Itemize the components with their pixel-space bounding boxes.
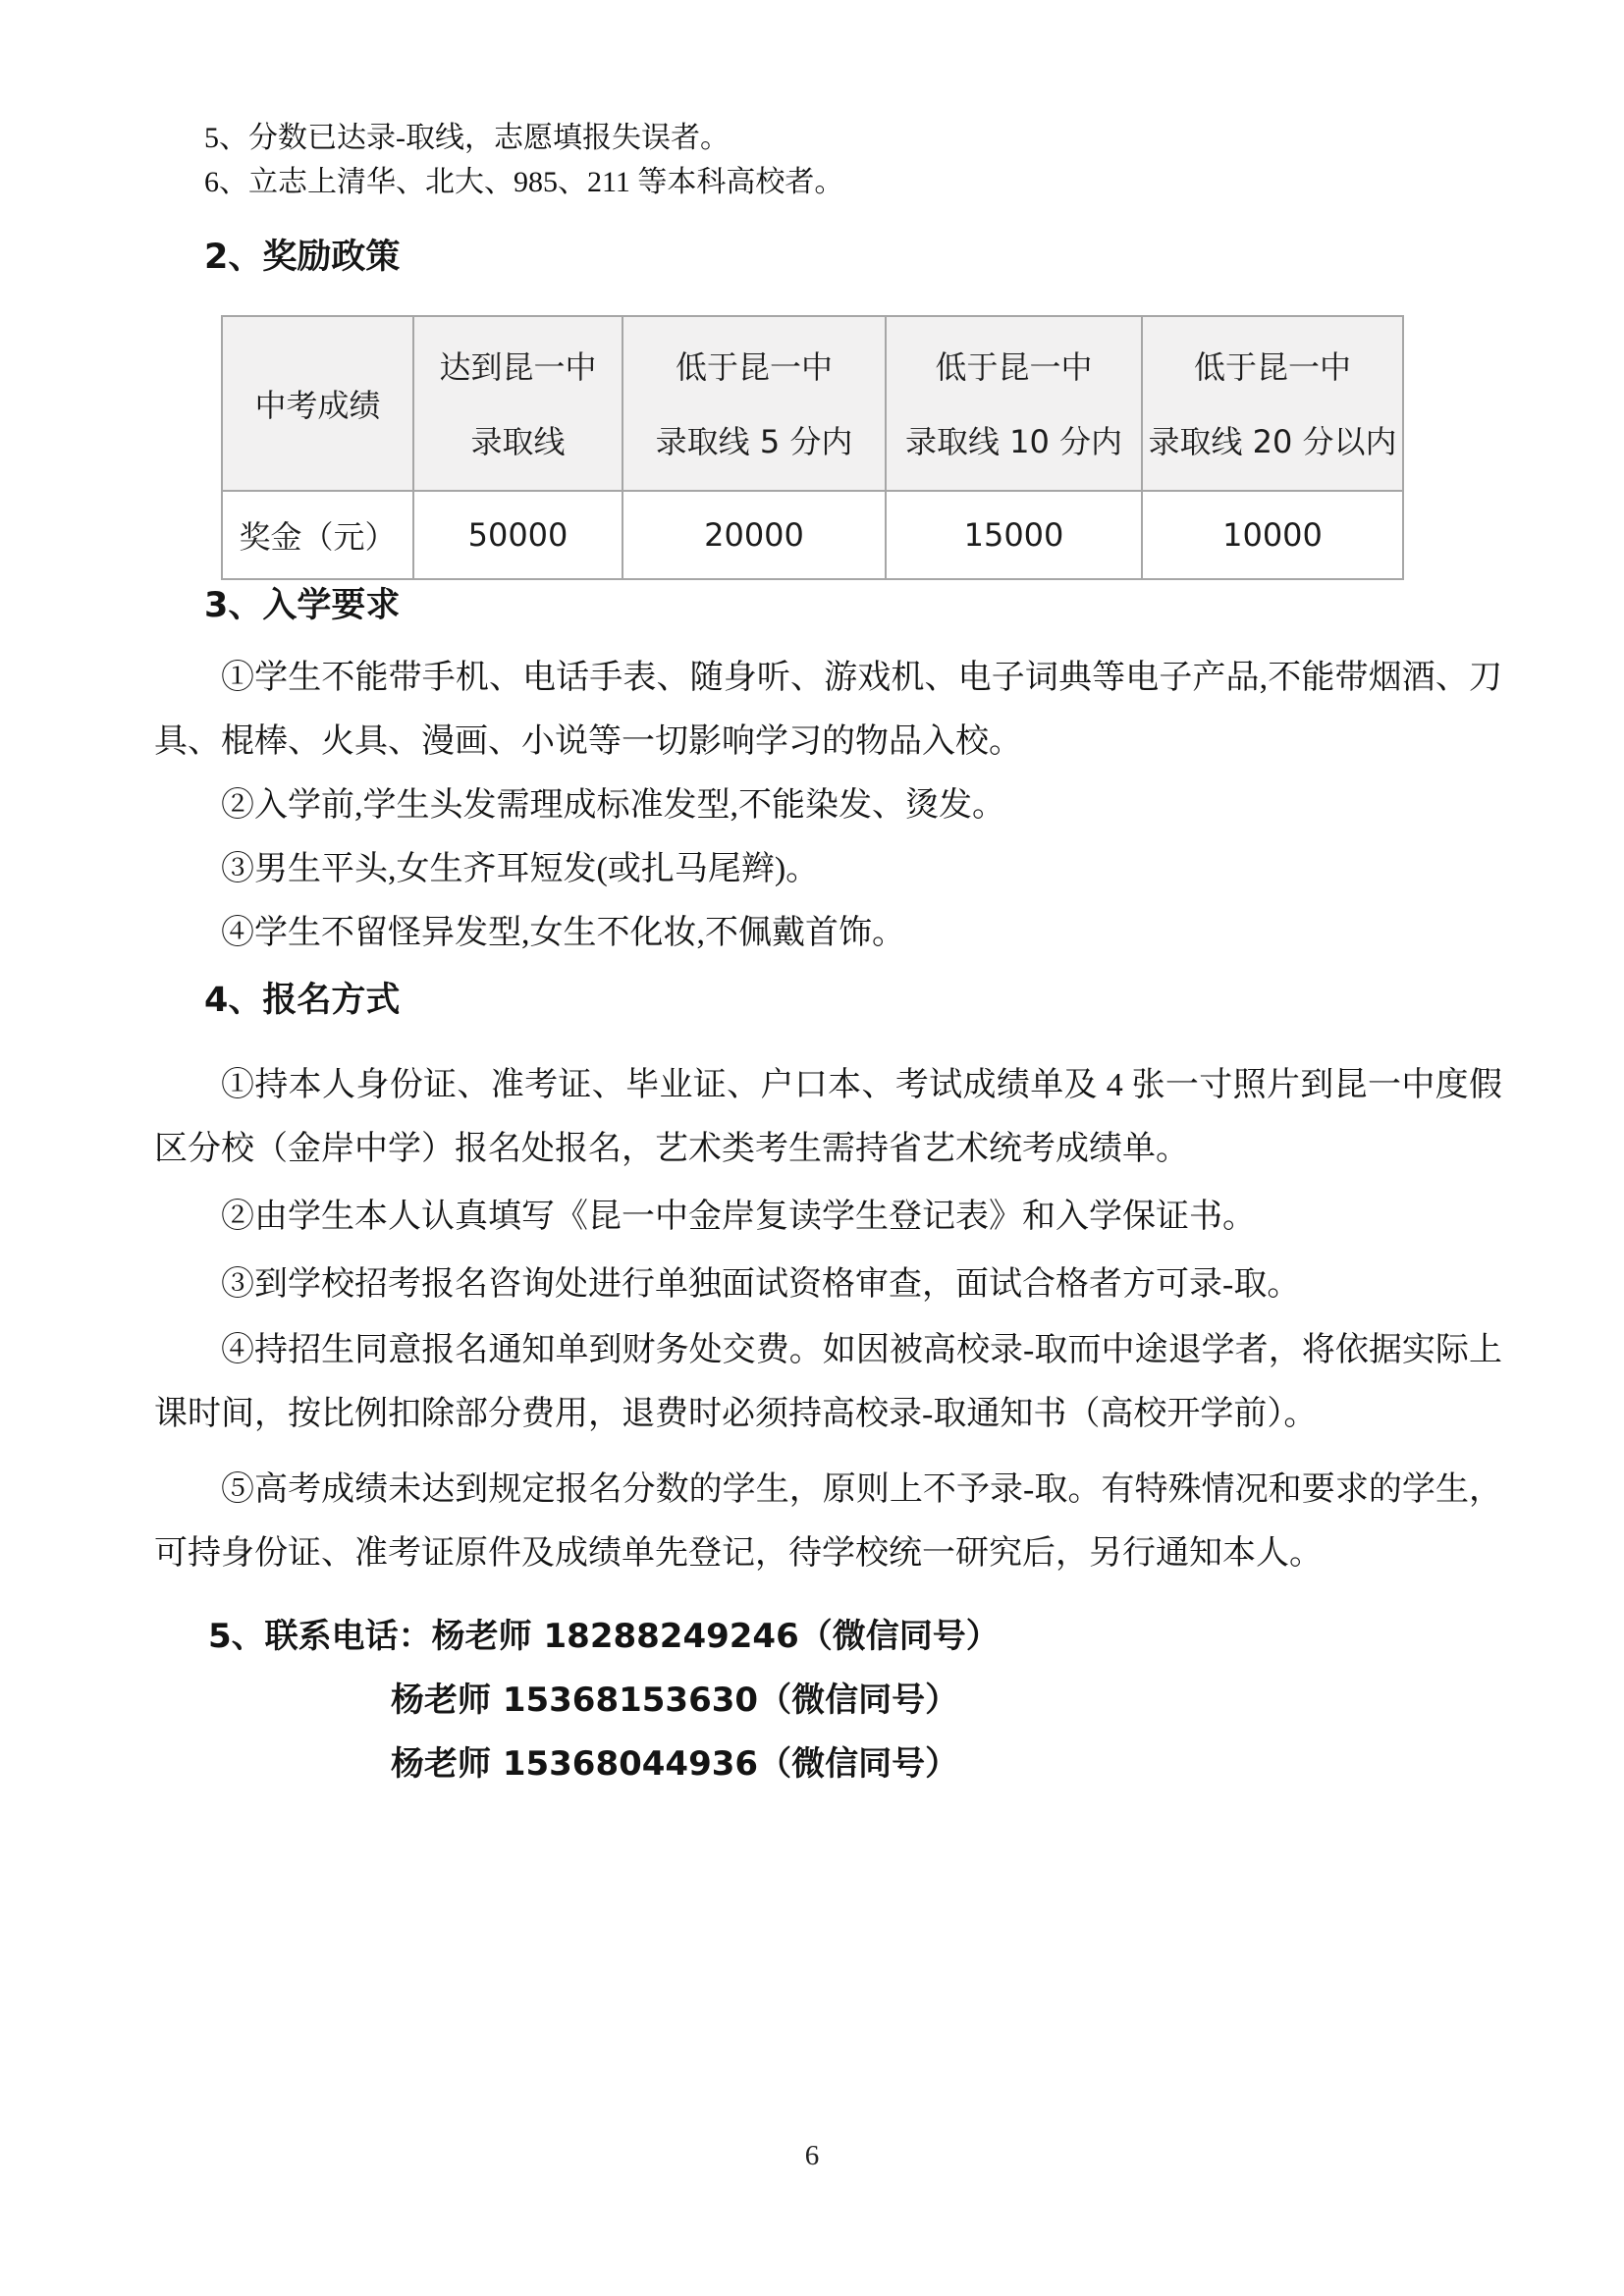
header-line2: 录取线 10 分内 [891,417,1137,462]
intro-list: 5、分数已达录-取线，志愿填报失误者。 6、立志上清华、北大、985、211 等… [204,116,843,204]
page-number: 6 [0,2140,1624,2172]
table-header-col4: 低于昆一中 录取线 20 分以内 [1142,316,1403,491]
table-header-col2: 低于昆一中 录取线 5 分内 [623,316,886,491]
header-line1: 低于昆一中 [627,343,881,388]
section-heading-admission: 3、入学要求 [204,583,400,628]
table-header-col1: 达到昆一中 录取线 [413,316,623,491]
header-line1: 低于昆一中 [891,343,1137,388]
header-line2: 录取线 [418,417,618,462]
section-heading-signup: 4、报名方式 [204,978,400,1023]
value-cell-2: 20000 [623,491,886,579]
header-line2: 录取线 20 分以内 [1147,417,1398,462]
header-line2: 录取线 5 分内 [627,417,881,462]
admission-item-2: ②入学前,学生头发需理成标准发型,不能染发、烫发。 [154,774,1502,837]
contact-line-1: 5、联系电话：杨老师 18288249246（微信同号） [208,1605,1000,1669]
section-heading-reward: 2、奖励政策 [204,235,400,280]
header-line1: 低于昆一中 [1147,343,1398,388]
value-row-header: 奖金（元） [222,491,413,579]
signup-item-3: ③到学校招考报名咨询处进行单独面试资格审查，面试合格者方可录-取。 [154,1253,1502,1316]
admission-paragraphs: ①学生不能带手机、电话手表、随身听、游戏机、电子词典等电子产品,不能带烟酒、刀具… [154,646,1502,965]
admission-item-4: ④学生不留怪异发型,女生不化妆,不佩戴首饰。 [154,901,1502,965]
contact-phone-3: 杨老师 15368044936（微信同号） [391,1733,1000,1796]
signup-item-4: ④持招生同意报名通知单到财务处交费。如因被高校录-取而中途退学者，将依据实际上课… [154,1318,1502,1446]
admission-item-3: ③男生平头,女生齐耳短发(或扎马尾辫)。 [154,837,1502,901]
reward-table: 中考成绩 达到昆一中 录取线 低于昆一中 录取线 5 分内 低于昆一中 [221,315,1404,580]
value-cell-4: 10000 [1142,491,1403,579]
document-page: 5、分数已达录-取线，志愿填报失误者。 6、立志上清华、北大、985、211 等… [0,0,1624,2296]
contact-phone-1: 杨老师 18288249246（微信同号） [432,1617,1000,1656]
contact-block: 5、联系电话：杨老师 18288249246（微信同号） 杨老师 1536815… [208,1605,1000,1796]
value-cell-3: 15000 [886,491,1142,579]
value-cell-1: 50000 [413,491,623,579]
table-corner-header: 中考成绩 [222,316,413,491]
contact-phone-2: 杨老师 15368153630（微信同号） [391,1669,1000,1733]
table-header-col3: 低于昆一中 录取线 10 分内 [886,316,1142,491]
contact-heading: 5、联系电话： [208,1617,432,1656]
signup-item-5: ⑤高考成绩未达到规定报名分数的学生，原则上不予录-取。有特殊情况和要求的学生，可… [154,1458,1502,1585]
table-value-row: 奖金（元） 50000 20000 15000 10000 [222,491,1403,579]
signup-paragraphs: ①持本人身份证、准考证、毕业证、户口本、考试成绩单及 4 张一寸照片到昆一中度假… [154,1053,1502,1585]
signup-item-2: ②由学生本人认真填写《昆一中金岸复读学生登记表》和入学保证书。 [154,1185,1502,1249]
list-item-6: 6、立志上清华、北大、985、211 等本科高校者。 [204,160,843,204]
admission-item-1: ①学生不能带手机、电话手表、随身听、游戏机、电子词典等电子产品,不能带烟酒、刀具… [154,646,1502,774]
table-header-row: 中考成绩 达到昆一中 录取线 低于昆一中 录取线 5 分内 低于昆一中 [222,316,1403,491]
signup-item-1: ①持本人身份证、准考证、毕业证、户口本、考试成绩单及 4 张一寸照片到昆一中度假… [154,1053,1502,1181]
header-line1: 达到昆一中 [418,343,618,388]
list-item-5: 5、分数已达录-取线，志愿填报失误者。 [204,116,843,160]
